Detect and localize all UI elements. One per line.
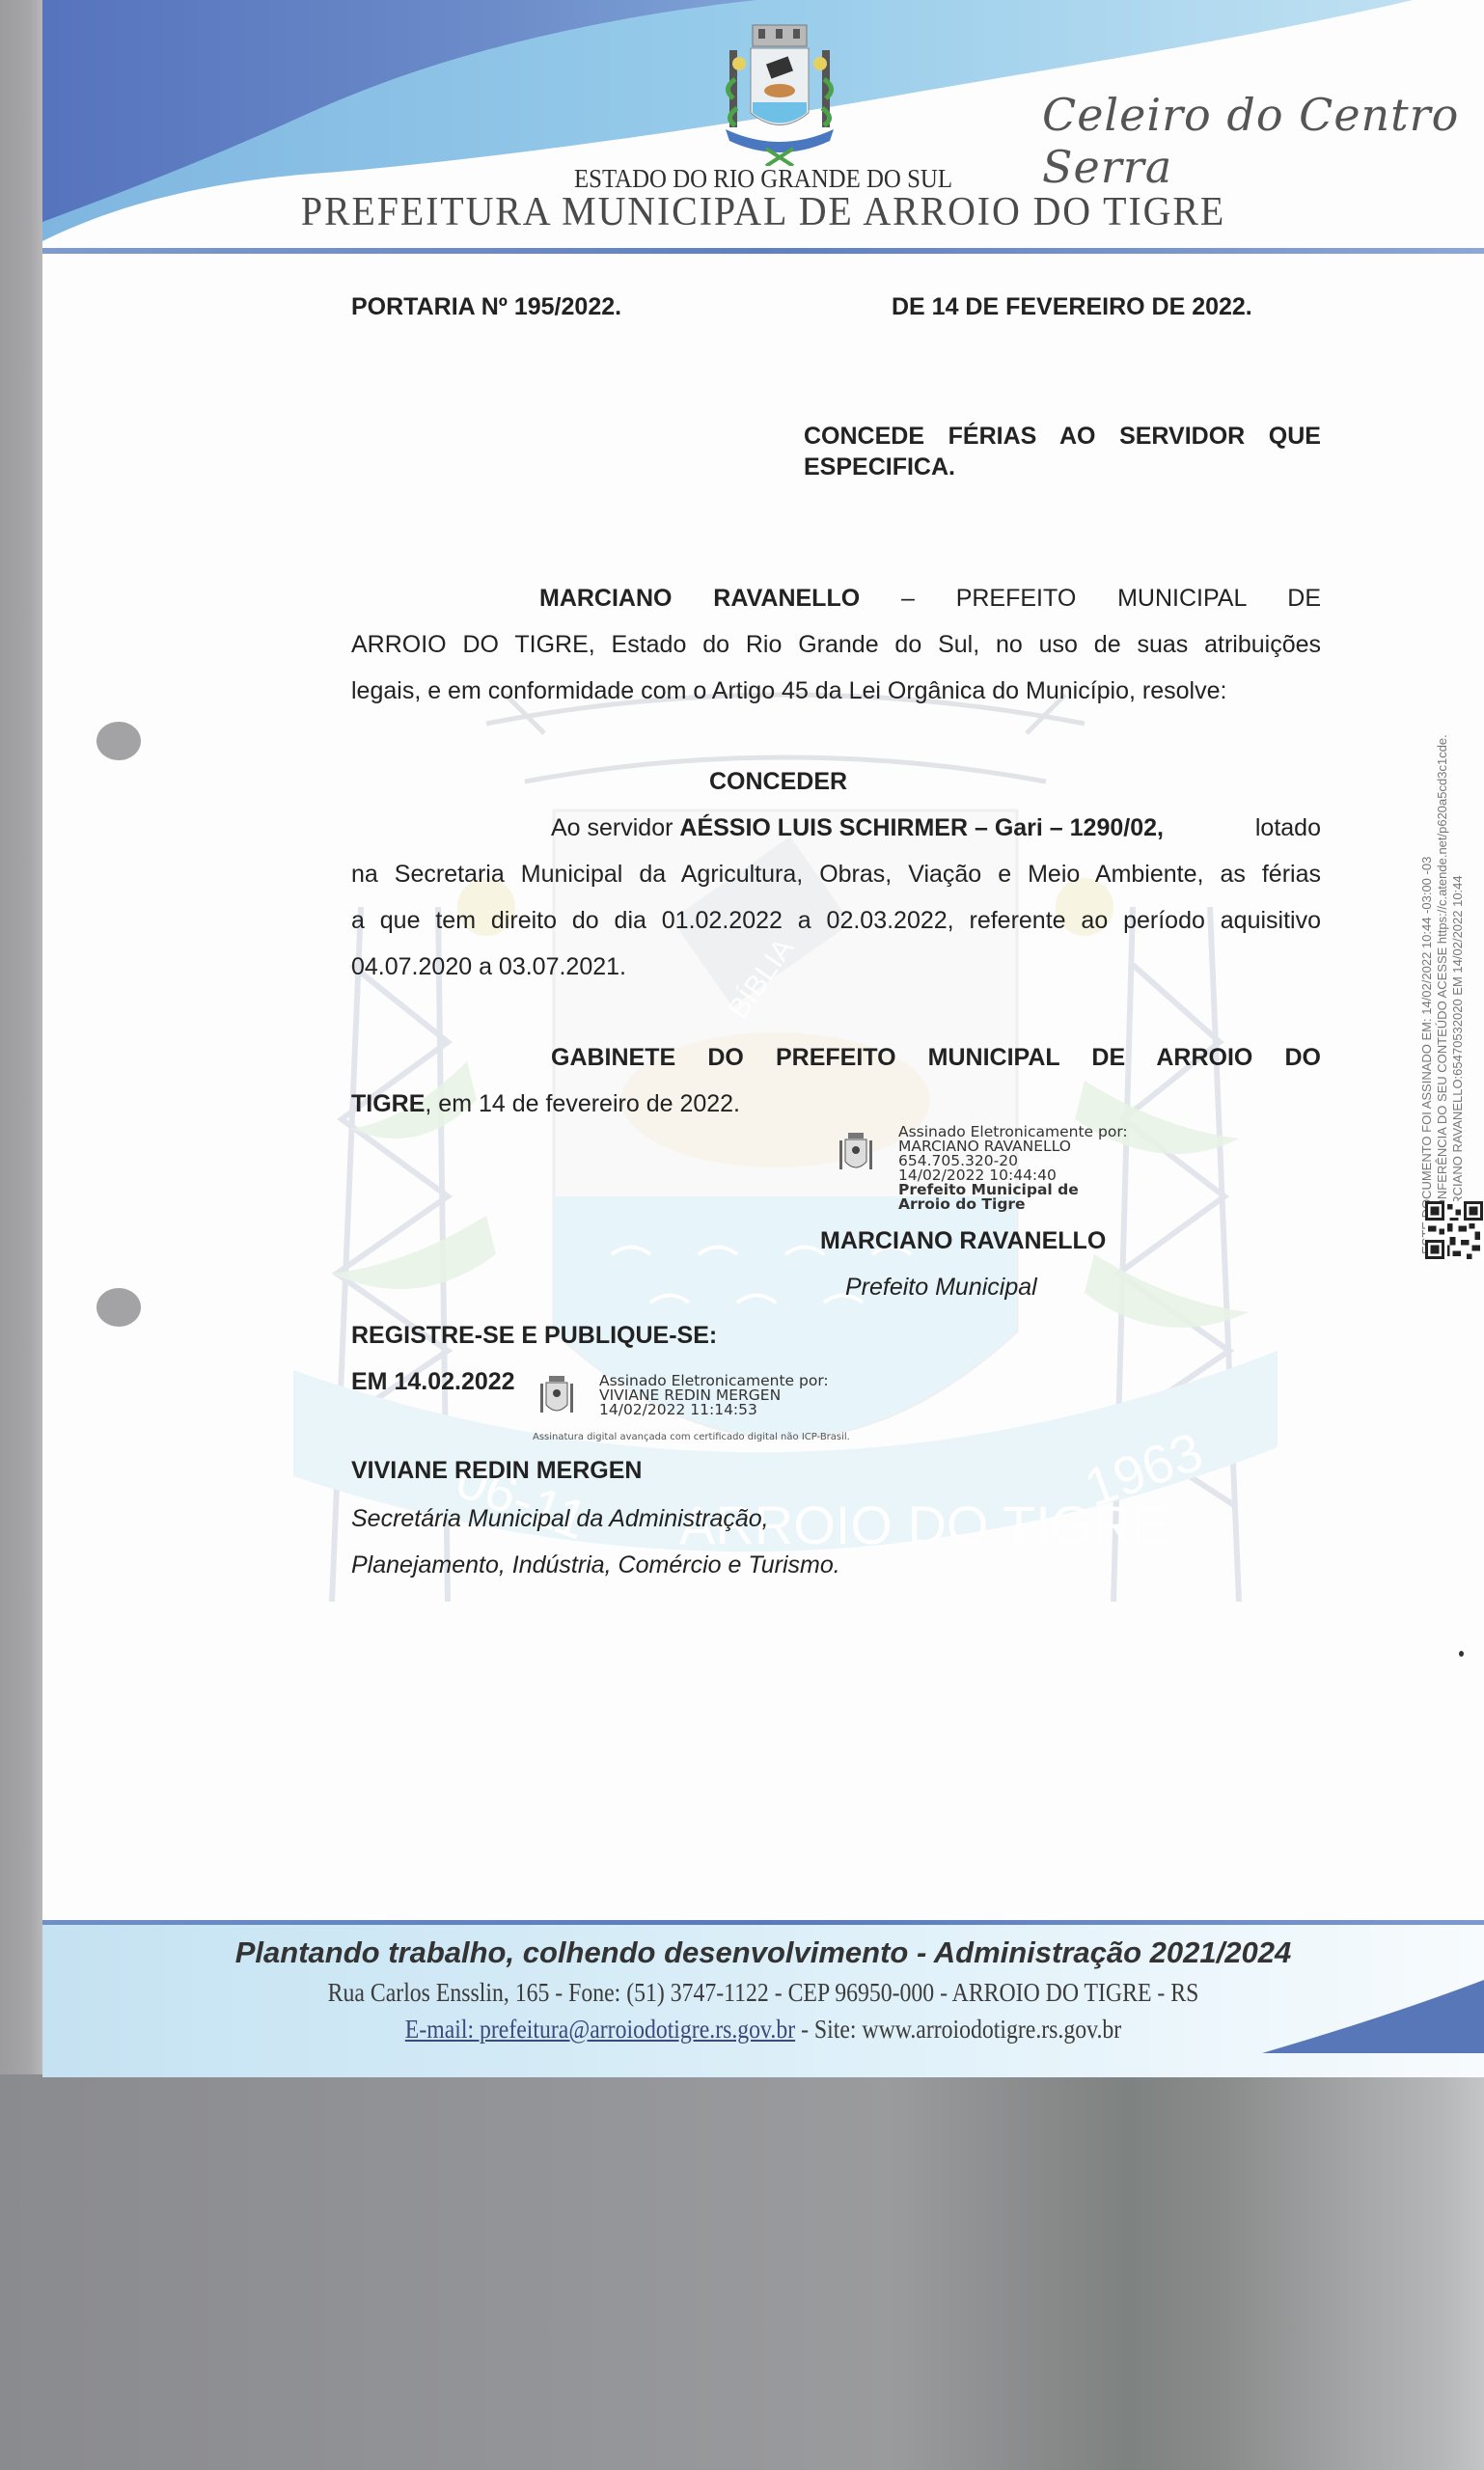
scanner-left-edge — [0, 0, 42, 2074]
closing-tigre: TIGRE — [351, 1090, 425, 1117]
signature-certificate-note: Assinatura digital avançada com certific… — [533, 1432, 880, 1442]
footer-email-link[interactable]: E-mail: prefeitura@arroiodotigre.rs.gov.… — [405, 2015, 795, 2044]
grant-line1: Ao servidor AÉSSIO LUIS SCHIRMER – Gari … — [551, 805, 1321, 851]
closing-line2: TIGRE, em 14 de fevereiro de 2022. — [351, 1081, 740, 1127]
punch-hole-top — [96, 722, 141, 760]
grant-line2: na Secretaria Municipal da Agricultura, … — [351, 851, 1321, 897]
side-stamp-line[interactable]: PARA CONFERÊNCIA DO SEU CONTEÚDO ACESSE … — [1435, 734, 1449, 1254]
header-divider — [42, 248, 1484, 254]
preamble-line1-rest: – PREFEITO MUNICIPAL DE — [860, 585, 1321, 612]
municipality-name: PREFEITURA MUNICIPAL DE ARROIO DO TIGRE — [78, 189, 1447, 235]
e-signature-crest-icon — [838, 1131, 874, 1177]
employee-identity: AÉSSIO LUIS SCHIRMER – Gari – 1290/02, — [679, 814, 1164, 841]
closing-date: , em 14 de fevereiro de 2022. — [425, 1090, 740, 1117]
footer-address: Rua Carlos Ensslin, 165 - Fone: (51) 374… — [129, 1978, 1398, 2008]
preamble-line1: MARCIANO RAVANELLO – PREFEITO MUNICIPAL … — [539, 575, 1321, 621]
side-stamp-line: POR MARCIANO RAVANELLO:65470532020 EM 14… — [1450, 875, 1465, 1254]
footer-divider — [42, 1920, 1484, 1925]
grant-line4: 04.07.2020 a 03.07.2021. — [351, 944, 626, 990]
grant-prefix: Ao servidor — [551, 814, 679, 841]
grant-line1-text: Ao servidor AÉSSIO LUIS SCHIRMER – Gari … — [551, 805, 1164, 851]
punch-hole-bottom — [96, 1288, 141, 1327]
side-stamp-line: ESTE DOCUMENTO FOI ASSINADO EM: 14/02/20… — [1419, 857, 1434, 1254]
e-signature-crest-icon — [538, 1374, 575, 1420]
grant-line1-suffix: lotado — [1255, 805, 1321, 851]
secretary-title-line2: Planejamento, Indústria, Comércio e Turi… — [351, 1542, 840, 1588]
footer-contact: E-mail: prefeitura@arroiodotigre.rs.gov.… — [129, 2015, 1398, 2045]
preamble-line2: ARROIO DO TIGRE, Estado do Rio Grande do… — [351, 621, 1321, 668]
registration-date: EM 14.02.2022 — [351, 1358, 515, 1405]
stamp-line: 14/02/2022 11:14:53 — [599, 1403, 829, 1417]
secretary-e-signature-stamp: Assinado Eletronicamente por: VIVIANE RE… — [599, 1374, 829, 1417]
footer-site: - Site: www.arroiodotigre.rs.gov.br — [795, 2015, 1121, 2044]
scan-speck — [1459, 1651, 1464, 1657]
secretary-name: VIVIANE REDIN MERGEN — [351, 1447, 642, 1494]
footer-slogan: Plantando trabalho, colhendo desenvolvim… — [42, 1935, 1484, 1970]
mayor-name-inline: MARCIANO RAVANELLO — [539, 585, 860, 612]
preamble-line3: legais, e em conformidade com o Artigo 4… — [351, 668, 1321, 714]
secretary-title-line1: Secretária Municipal da Administração, — [351, 1496, 769, 1542]
verification-side-stamp: ESTE DOCUMENTO FOI ASSINADO EM: 14/02/20… — [1420, 646, 1484, 1254]
stamp-line: Arroio do Tigre — [898, 1197, 1128, 1212]
closing-line1: GABINETE DO PREFEITO MUNICIPAL DE ARROIO… — [551, 1034, 1321, 1081]
qr-code-icon[interactable] — [1425, 1201, 1483, 1259]
portaria-summary-line2: ESPECIFICA. — [804, 452, 955, 482]
portaria-summary-line1: CONCEDE FÉRIAS AO SERVIDOR QUE — [804, 421, 1321, 452]
mayor-e-signature-stamp: Assinado Eletronicamente por: MARCIANO R… — [898, 1125, 1128, 1212]
portaria-number: PORTARIA Nº 195/2022. — [351, 284, 621, 330]
action-heading: CONCEDER — [709, 758, 847, 805]
grant-line3: a que tem direito do dia 01.02.2022 a 02… — [351, 897, 1321, 944]
municipal-crest-logo — [712, 21, 847, 166]
registration-heading: REGISTRE-SE E PUBLIQUE-SE: — [351, 1312, 717, 1358]
mayor-title: Prefeito Municipal — [845, 1264, 1037, 1310]
portaria-date: DE 14 DE FEVEREIRO DE 2022. — [892, 284, 1252, 330]
mayor-name: MARCIANO RAVANELLO — [820, 1218, 1106, 1264]
document-page: Celeiro do Centro Serra ESTADO DO RIO GR… — [42, 0, 1484, 2077]
letterhead-footer: Plantando trabalho, colhendo desenvolvim… — [42, 1920, 1484, 2077]
